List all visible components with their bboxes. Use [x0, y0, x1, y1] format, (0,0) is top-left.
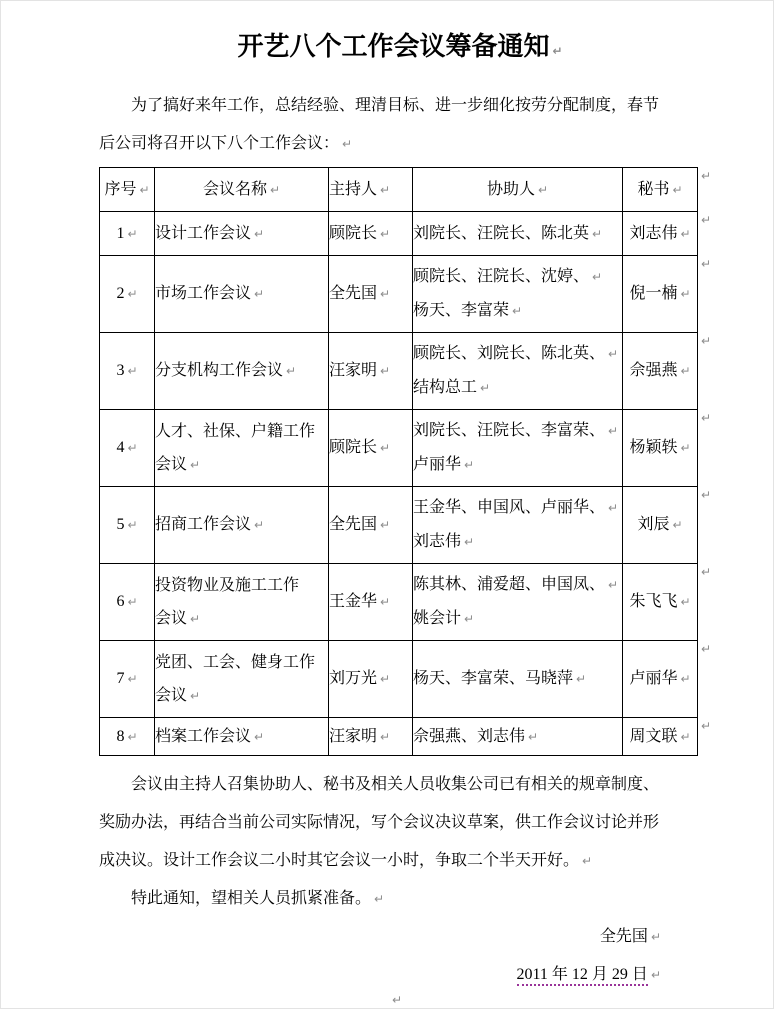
paragraph-mark-icon: ↵	[139, 183, 149, 197]
paragraph-mark-icon: ↵	[701, 169, 711, 183]
cell-secretary[interactable]: 周文联↵	[623, 718, 698, 756]
table-header-row: 序号↵会议名称↵主持人↵协助人↵秘书↵	[100, 168, 698, 212]
cell-host[interactable]: 刘万光↵	[329, 641, 413, 718]
cell-no[interactable]: 4↵	[100, 410, 155, 487]
paragraph-mark-icon: ↵	[608, 501, 618, 515]
paragraph-mark-icon: ↵	[680, 595, 690, 609]
paragraph-mark-icon: ↵	[528, 730, 538, 744]
paragraph-mark-icon: ↵	[672, 183, 682, 197]
cell-no[interactable]: 5↵	[100, 487, 155, 564]
signature-line[interactable]: 全先国↵	[99, 918, 701, 956]
cell-helpers[interactable]: 刘院长、汪院长、李富荣、↵卢丽华↵	[413, 410, 623, 487]
signature-name: 全先国	[600, 928, 648, 945]
paragraph-mark-icon: ↵	[592, 270, 602, 284]
cell-no[interactable]: 1↵	[100, 212, 155, 256]
cell-no[interactable]: 7↵	[100, 641, 155, 718]
paragraph-mark-icon: ↵	[651, 930, 661, 944]
column-header-2[interactable]: 主持人↵	[329, 168, 413, 212]
cell-host[interactable]: 全先国↵	[329, 256, 413, 333]
table-row: 4↵人才、社保、户籍工作会议↵顾院长↵刘院长、汪院长、李富荣、↵卢丽华↵杨颖轶↵	[100, 410, 698, 487]
paragraph-mark-icon: ↵	[254, 518, 264, 532]
paragraph-mark-icon: ↵	[380, 227, 390, 241]
paragraph-mark-icon: ↵	[127, 595, 137, 609]
cell-host[interactable]: 顾院长↵	[329, 410, 413, 487]
cell-meeting-name[interactable]: 市场工作会议↵	[155, 256, 329, 333]
cell-host[interactable]: 全先国↵	[329, 487, 413, 564]
paragraph-mark-icon: ↵	[701, 488, 711, 502]
closing-paragraph[interactable]: 会议由主持人召集协助人、秘书及相关人员收集公司已有相关的规章制度、 奖励办法，再…	[99, 766, 701, 880]
paragraph-mark-icon: ↵	[127, 287, 137, 301]
cell-meeting-name[interactable]: 党团、工会、健身工作会议↵	[155, 641, 329, 718]
paragraph-mark-icon: ↵	[672, 518, 682, 532]
cell-secretary[interactable]: 刘志伟↵	[623, 212, 698, 256]
paragraph-mark-icon: ↵	[374, 892, 384, 906]
cell-meeting-name[interactable]: 设计工作会议↵	[155, 212, 329, 256]
paragraph-mark-icon: ↵	[680, 227, 690, 241]
cell-host[interactable]: 王金华↵	[329, 564, 413, 641]
paragraph-mark-icon: ↵	[464, 458, 474, 472]
paragraph-mark-icon: ↵	[127, 441, 137, 455]
column-header-1[interactable]: 会议名称↵	[155, 168, 329, 212]
paragraph-mark-icon: ↵	[701, 411, 711, 425]
table-row: 3↵分支机构工作会议↵汪家明↵顾院长、刘院长、陈北英、↵结构总工↵佘强燕↵	[100, 333, 698, 410]
cell-host[interactable]: 顾院长↵	[329, 212, 413, 256]
paragraph-mark-icon: ↵	[270, 183, 280, 197]
paragraph-mark-icon: ↵	[680, 672, 690, 686]
paragraph-mark-icon: ↵	[680, 287, 690, 301]
cell-meeting-name[interactable]: 投资物业及施工工作会议↵	[155, 564, 329, 641]
paragraph-mark-icon: ↵	[552, 44, 562, 58]
table-row: 1↵设计工作会议↵顾院长↵刘院长、汪院长、陈北英↵刘志伟↵	[100, 212, 698, 256]
paragraph-mark-icon: ↵	[701, 719, 711, 733]
cell-secretary[interactable]: 卢丽华↵	[623, 641, 698, 718]
paragraph-mark-icon: ↵	[538, 183, 548, 197]
paragraph-mark-icon: ↵	[190, 612, 200, 626]
paragraph-mark-icon: ↵	[190, 689, 200, 703]
cell-meeting-name[interactable]: 人才、社保、户籍工作会议↵	[155, 410, 329, 487]
notice-paragraph-text: 特此通知，望相关人员抓紧准备。	[131, 890, 371, 907]
paragraph-mark-icon: ↵	[380, 518, 390, 532]
paragraph-mark-icon: ↵	[127, 672, 137, 686]
cell-no[interactable]: 8↵	[100, 718, 155, 756]
cell-helpers[interactable]: 陈其林、浦爱超、申国凤、↵姚会计↵	[413, 564, 623, 641]
table-row: 2↵市场工作会议↵全先国↵顾院长、汪院长、沈婷、↵杨天、李富荣↵倪一楠↵	[100, 256, 698, 333]
paragraph-mark-icon: ↵	[127, 364, 137, 378]
table-row: 5↵招商工作会议↵全先国↵王金华、申国风、卢丽华、↵刘志伟↵刘辰↵	[100, 487, 698, 564]
cell-secretary[interactable]: 杨颖轶↵	[623, 410, 698, 487]
intro-paragraph-text: 为了搞好来年工作，总结经验、理清目标、进一步细化按劳分配制度，春节 后公司将召开…	[99, 97, 659, 152]
paragraph-mark-icon: ↵	[701, 334, 711, 348]
paragraph-mark-icon: ↵	[286, 364, 296, 378]
cell-helpers[interactable]: 顾院长、汪院长、沈婷、↵杨天、李富荣↵	[413, 256, 623, 333]
column-header-3[interactable]: 协助人↵	[413, 168, 623, 212]
paragraph-mark-icon: ↵	[342, 137, 352, 151]
paragraph-mark-icon: ↵	[190, 458, 200, 472]
paragraph-mark-icon: ↵	[254, 287, 264, 301]
paragraph-mark-icon: ↵	[651, 968, 661, 982]
cell-meeting-name[interactable]: 档案工作会议↵	[155, 718, 329, 756]
column-header-0[interactable]: 序号↵	[100, 168, 155, 212]
paragraph-mark-icon: ↵	[582, 854, 592, 868]
cell-no[interactable]: 2↵	[100, 256, 155, 333]
paragraph-mark-icon: ↵	[127, 730, 137, 744]
table-row: 8↵档案工作会议↵汪家明↵佘强燕、刘志伟↵周文联↵	[100, 718, 698, 756]
paragraph-mark-icon: ↵	[380, 730, 390, 744]
signature-date: 2011 年 12 月 29 日	[517, 966, 648, 986]
column-header-4[interactable]: 秘书↵	[623, 168, 698, 212]
cell-secretary[interactable]: 倪一楠↵	[623, 256, 698, 333]
cell-host[interactable]: 汪家明↵	[329, 333, 413, 410]
paragraph-mark-icon: ↵	[576, 672, 586, 686]
paragraph-mark-icon: ↵	[380, 672, 390, 686]
table-row: 7↵党团、工会、健身工作会议↵刘万光↵杨天、李富荣、马晓萍↵卢丽华↵	[100, 641, 698, 718]
paragraph-mark-icon: ↵	[127, 227, 137, 241]
paragraph-mark-icon: ↵	[254, 730, 264, 744]
intro-paragraph[interactable]: 为了搞好来年工作，总结经验、理清目标、进一步细化按劳分配制度，春节 后公司将召开…	[99, 87, 701, 163]
paragraph-mark-icon: ↵	[701, 257, 711, 271]
closing-paragraph-text: 会议由主持人召集协助人、秘书及相关人员收集公司已有相关的规章制度、 奖励办法，再…	[99, 776, 659, 869]
empty-paragraph-mark-icon: ↵	[392, 993, 402, 1007]
cell-secretary[interactable]: 朱飞飞↵	[623, 564, 698, 641]
paragraph-mark-icon: ↵	[380, 183, 390, 197]
paragraph-mark-icon: ↵	[512, 304, 522, 318]
paragraph-mark-icon: ↵	[380, 287, 390, 301]
cell-helpers[interactable]: 佘强燕、刘志伟↵	[413, 718, 623, 756]
paragraph-mark-icon: ↵	[480, 381, 490, 395]
paragraph-mark-icon: ↵	[380, 441, 390, 455]
paragraph-mark-icon: ↵	[701, 213, 711, 227]
meetings-table-wrap: 序号↵会议名称↵主持人↵协助人↵秘书↵1↵设计工作会议↵顾院长↵刘院长、汪院长、…	[99, 167, 701, 756]
paragraph-mark-icon: ↵	[608, 424, 618, 438]
paragraph-mark-icon: ↵	[608, 347, 618, 361]
document-body[interactable]: 开艺八个工作会议筹备通知↵ 为了搞好来年工作，总结经验、理清目标、进一步细化按劳…	[99, 27, 701, 994]
cell-meeting-name[interactable]: 招商工作会议↵	[155, 487, 329, 564]
notice-paragraph[interactable]: 特此通知，望相关人员抓紧准备。↵	[99, 880, 701, 918]
paragraph-mark-icon: ↵	[464, 535, 474, 549]
cell-helpers[interactable]: 杨天、李富荣、马晓萍↵	[413, 641, 623, 718]
cell-secretary[interactable]: 佘强燕↵	[623, 333, 698, 410]
paragraph-mark-icon: ↵	[127, 518, 137, 532]
paragraph-mark-icon: ↵	[592, 227, 602, 241]
paragraph-mark-icon: ↵	[701, 565, 711, 579]
paragraph-mark-icon: ↵	[701, 642, 711, 656]
cell-no[interactable]: 3↵	[100, 333, 155, 410]
paragraph-mark-icon: ↵	[380, 595, 390, 609]
paragraph-mark-icon: ↵	[254, 227, 264, 241]
cell-helpers[interactable]: 顾院长、刘院长、陈北英、↵结构总工↵	[413, 333, 623, 410]
cell-helpers[interactable]: 刘院长、汪院长、陈北英↵	[413, 212, 623, 256]
date-line[interactable]: 2011 年 12 月 29 日↵	[99, 956, 701, 994]
cell-meeting-name[interactable]: 分支机构工作会议↵	[155, 333, 329, 410]
paragraph-mark-icon: ↵	[680, 441, 690, 455]
cell-no[interactable]: 6↵	[100, 564, 155, 641]
cell-secretary[interactable]: 刘辰↵	[623, 487, 698, 564]
cell-host[interactable]: 汪家明↵	[329, 718, 413, 756]
paragraph-mark-icon: ↵	[380, 364, 390, 378]
meetings-table[interactable]: 序号↵会议名称↵主持人↵协助人↵秘书↵1↵设计工作会议↵顾院长↵刘院长、汪院长、…	[99, 167, 698, 756]
paragraph-mark-icon: ↵	[464, 612, 474, 626]
paragraph-mark-icon: ↵	[608, 578, 618, 592]
table-row: 6↵投资物业及施工工作会议↵王金华↵陈其林、浦爱超、申国凤、↵姚会计↵朱飞飞↵	[100, 564, 698, 641]
document-title-text: 开艺八个工作会议筹备通知	[237, 32, 549, 61]
document-title: 开艺八个工作会议筹备通知↵	[99, 27, 701, 71]
cell-helpers[interactable]: 王金华、申国风、卢丽华、↵刘志伟↵	[413, 487, 623, 564]
paragraph-mark-icon: ↵	[680, 364, 690, 378]
paragraph-mark-icon: ↵	[680, 730, 690, 744]
document-page[interactable]: { "document": { "title": "开艺八个工作会议筹备通知",…	[0, 0, 774, 1009]
